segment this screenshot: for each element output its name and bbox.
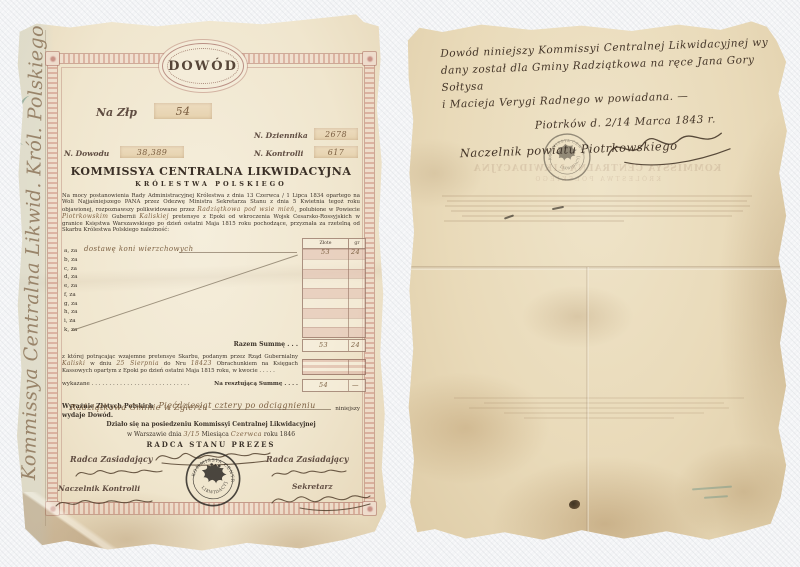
razem-zlote: 53 [319, 341, 328, 349]
claim-row-letter: d, za [64, 273, 164, 282]
kontrolli-box: 617 [314, 146, 358, 158]
na-zlp-value: 54 [176, 105, 191, 118]
radca-left-signature [74, 465, 164, 481]
margin-vertical-note: Kommissya Centralna Likwid. Król. Polski… [18, 19, 48, 481]
dowodu-box: 38,389 [120, 146, 184, 158]
bleed-paragraph-upper [434, 192, 760, 225]
session-2b: Miesiąca [202, 431, 229, 438]
wykazane-label: wykazane . . . . . . . . . . . . . . . .… [62, 381, 189, 387]
razem-label: Razem Summę . . . [164, 341, 298, 348]
ink-blot [569, 500, 580, 509]
bleed-heading-2: KRÓLESTWA POLSKIEGO [404, 176, 790, 183]
frame-corner-rosette [46, 52, 59, 65]
row-a-grosze-value: 24 [351, 248, 360, 256]
frame-left-band [48, 54, 57, 514]
gmina-line: Radziątkowa Gminie w Zgierzu niniejszy [70, 403, 360, 412]
niniejszy-word: niniejszy [335, 406, 360, 412]
wykazane-line: wykazane . . . . . . . . . . . . . . . .… [62, 381, 298, 387]
bleed-heading-1: KOMMISSYA CENTRALNA LIKWIDACYJNA [404, 164, 790, 174]
horizontal-fold-crease [406, 266, 788, 270]
photo-canvas: Kommissya Centralna Likwid. Król. Polski… [0, 0, 800, 567]
blue-pencil-marks [692, 480, 732, 514]
session-line-2: w Warszawie dnia 3/15 Miesiąca Czerwca r… [62, 430, 360, 438]
claim-row-letter: e, za [64, 282, 164, 291]
session-2a: w Warszawie dnia [127, 431, 182, 438]
claim-row-letter: c, za [64, 265, 164, 274]
dziennika-label: N. Dziennika [254, 131, 308, 140]
front-document: Kommissya Centralna Likwid. Król. Polski… [14, 10, 390, 556]
amount-table: Złote gr 53 24 [302, 238, 366, 338]
reszta-box: 54 — [302, 379, 366, 392]
kontrolli-label: N. Kontrolli [254, 149, 303, 158]
commission-stamp: KOMMISSYA CENTRALNA LIKWIDACYJNA [179, 445, 246, 512]
title-medallion: DOWÓD [162, 43, 244, 89]
commission-heading: KOMMISSYA CENTRALNA LIKWIDACYJNA [48, 165, 374, 178]
razem-box-divider [348, 340, 349, 351]
deduction-paragraph: z której potrącając wzajemne pretensye S… [62, 354, 298, 374]
body-paragraph: Na mocy postanowienia Rady Administracyj… [62, 193, 360, 234]
session-date: 3/15 [184, 430, 200, 438]
claim-row-letter: f, za [64, 291, 164, 300]
kingdom-subheading: KRÓLESTWA POLSKIEGO [48, 180, 374, 188]
bottom-left-fold [14, 492, 144, 556]
kwota-box [302, 359, 366, 375]
claim-letter-list: a, za b, za c, za d, za e, za f, za g, z… [64, 247, 164, 335]
dowodu-value: 38,389 [137, 148, 167, 157]
razem-box: 53 24 [302, 339, 366, 352]
na-zlp-label: Na Złp [96, 106, 137, 119]
session-line-1: Działo się na posiedzeniu Kommissyi Cent… [62, 421, 360, 428]
ded-print-2: w dniu [85, 361, 116, 367]
amount-col-zlote: Złote [303, 239, 348, 248]
body-print-3: Gubernii [108, 214, 139, 220]
vertical-fold-crease [586, 267, 589, 537]
ded-print-3: do Nru [159, 361, 191, 367]
row-a-zlote-value: 53 [321, 248, 330, 256]
bleed-paragraph-lower [444, 394, 754, 422]
reszta-label: Na resztującą Summę . . . . [214, 381, 298, 387]
kwota-box-divider [348, 360, 349, 374]
reszta-box-divider [348, 380, 349, 391]
ded-hand-number: 18423 [191, 360, 212, 367]
body-print-2: polubione w Powiecie [297, 207, 360, 213]
kontrolli-value: 617 [328, 148, 344, 157]
session-2c: roku 1846 [264, 431, 295, 438]
sekretarz-signature [270, 490, 374, 512]
amount-table-divider [348, 248, 349, 337]
amount-col-grosze: gr [348, 239, 365, 248]
gmina-underline [212, 409, 331, 410]
ded-hand-gubernia: Kaliski [62, 360, 85, 367]
body-hand-1: Radziątkowa pod wsie mień, [197, 206, 297, 213]
dowodu-label: N. Dowodu [64, 149, 109, 158]
amount-table-rows [303, 249, 365, 347]
reszta-grosze: — [352, 381, 359, 389]
dziennika-box: 2678 [314, 128, 358, 140]
frame-right-band [365, 54, 374, 514]
claim-row-letter: b, za [64, 256, 164, 265]
ded-hand-date: 25 Sierpnia [116, 360, 159, 367]
back-document: Dowód niniejszy Kommissyi Centralnej Lik… [404, 14, 790, 545]
reszta-zlote: 54 [319, 381, 328, 389]
na-zlp-box: 54 [154, 103, 212, 119]
body-hand-powiat: Piotrkowskim [62, 213, 108, 220]
radca-right-label: Radca Zasiadający [266, 454, 349, 464]
session-month: Czerwca [231, 430, 262, 438]
wydaje-line: wydaje Dowód. [62, 412, 113, 419]
claim-row-a-dash [179, 252, 297, 253]
radca-right-signature [270, 466, 348, 480]
claim-row-letter: i, za [64, 317, 164, 326]
radca-left-label: Radca Zasiadający [70, 454, 153, 464]
dziennika-value: 2678 [325, 130, 347, 139]
claim-row-a-entry: dostawę koni wierzchowych [84, 245, 194, 253]
ded-print-1: z której potrącając wzajemne pretensye S… [62, 354, 298, 360]
razem-grosze: 24 [351, 341, 360, 349]
body-hand-gubernia: Kaliskiej [139, 213, 169, 220]
title-medallion-ring [167, 48, 239, 84]
frame-corner-rosette [363, 52, 376, 65]
gmina-value: Radziątkowa Gminie w Zgierzu [70, 403, 208, 412]
